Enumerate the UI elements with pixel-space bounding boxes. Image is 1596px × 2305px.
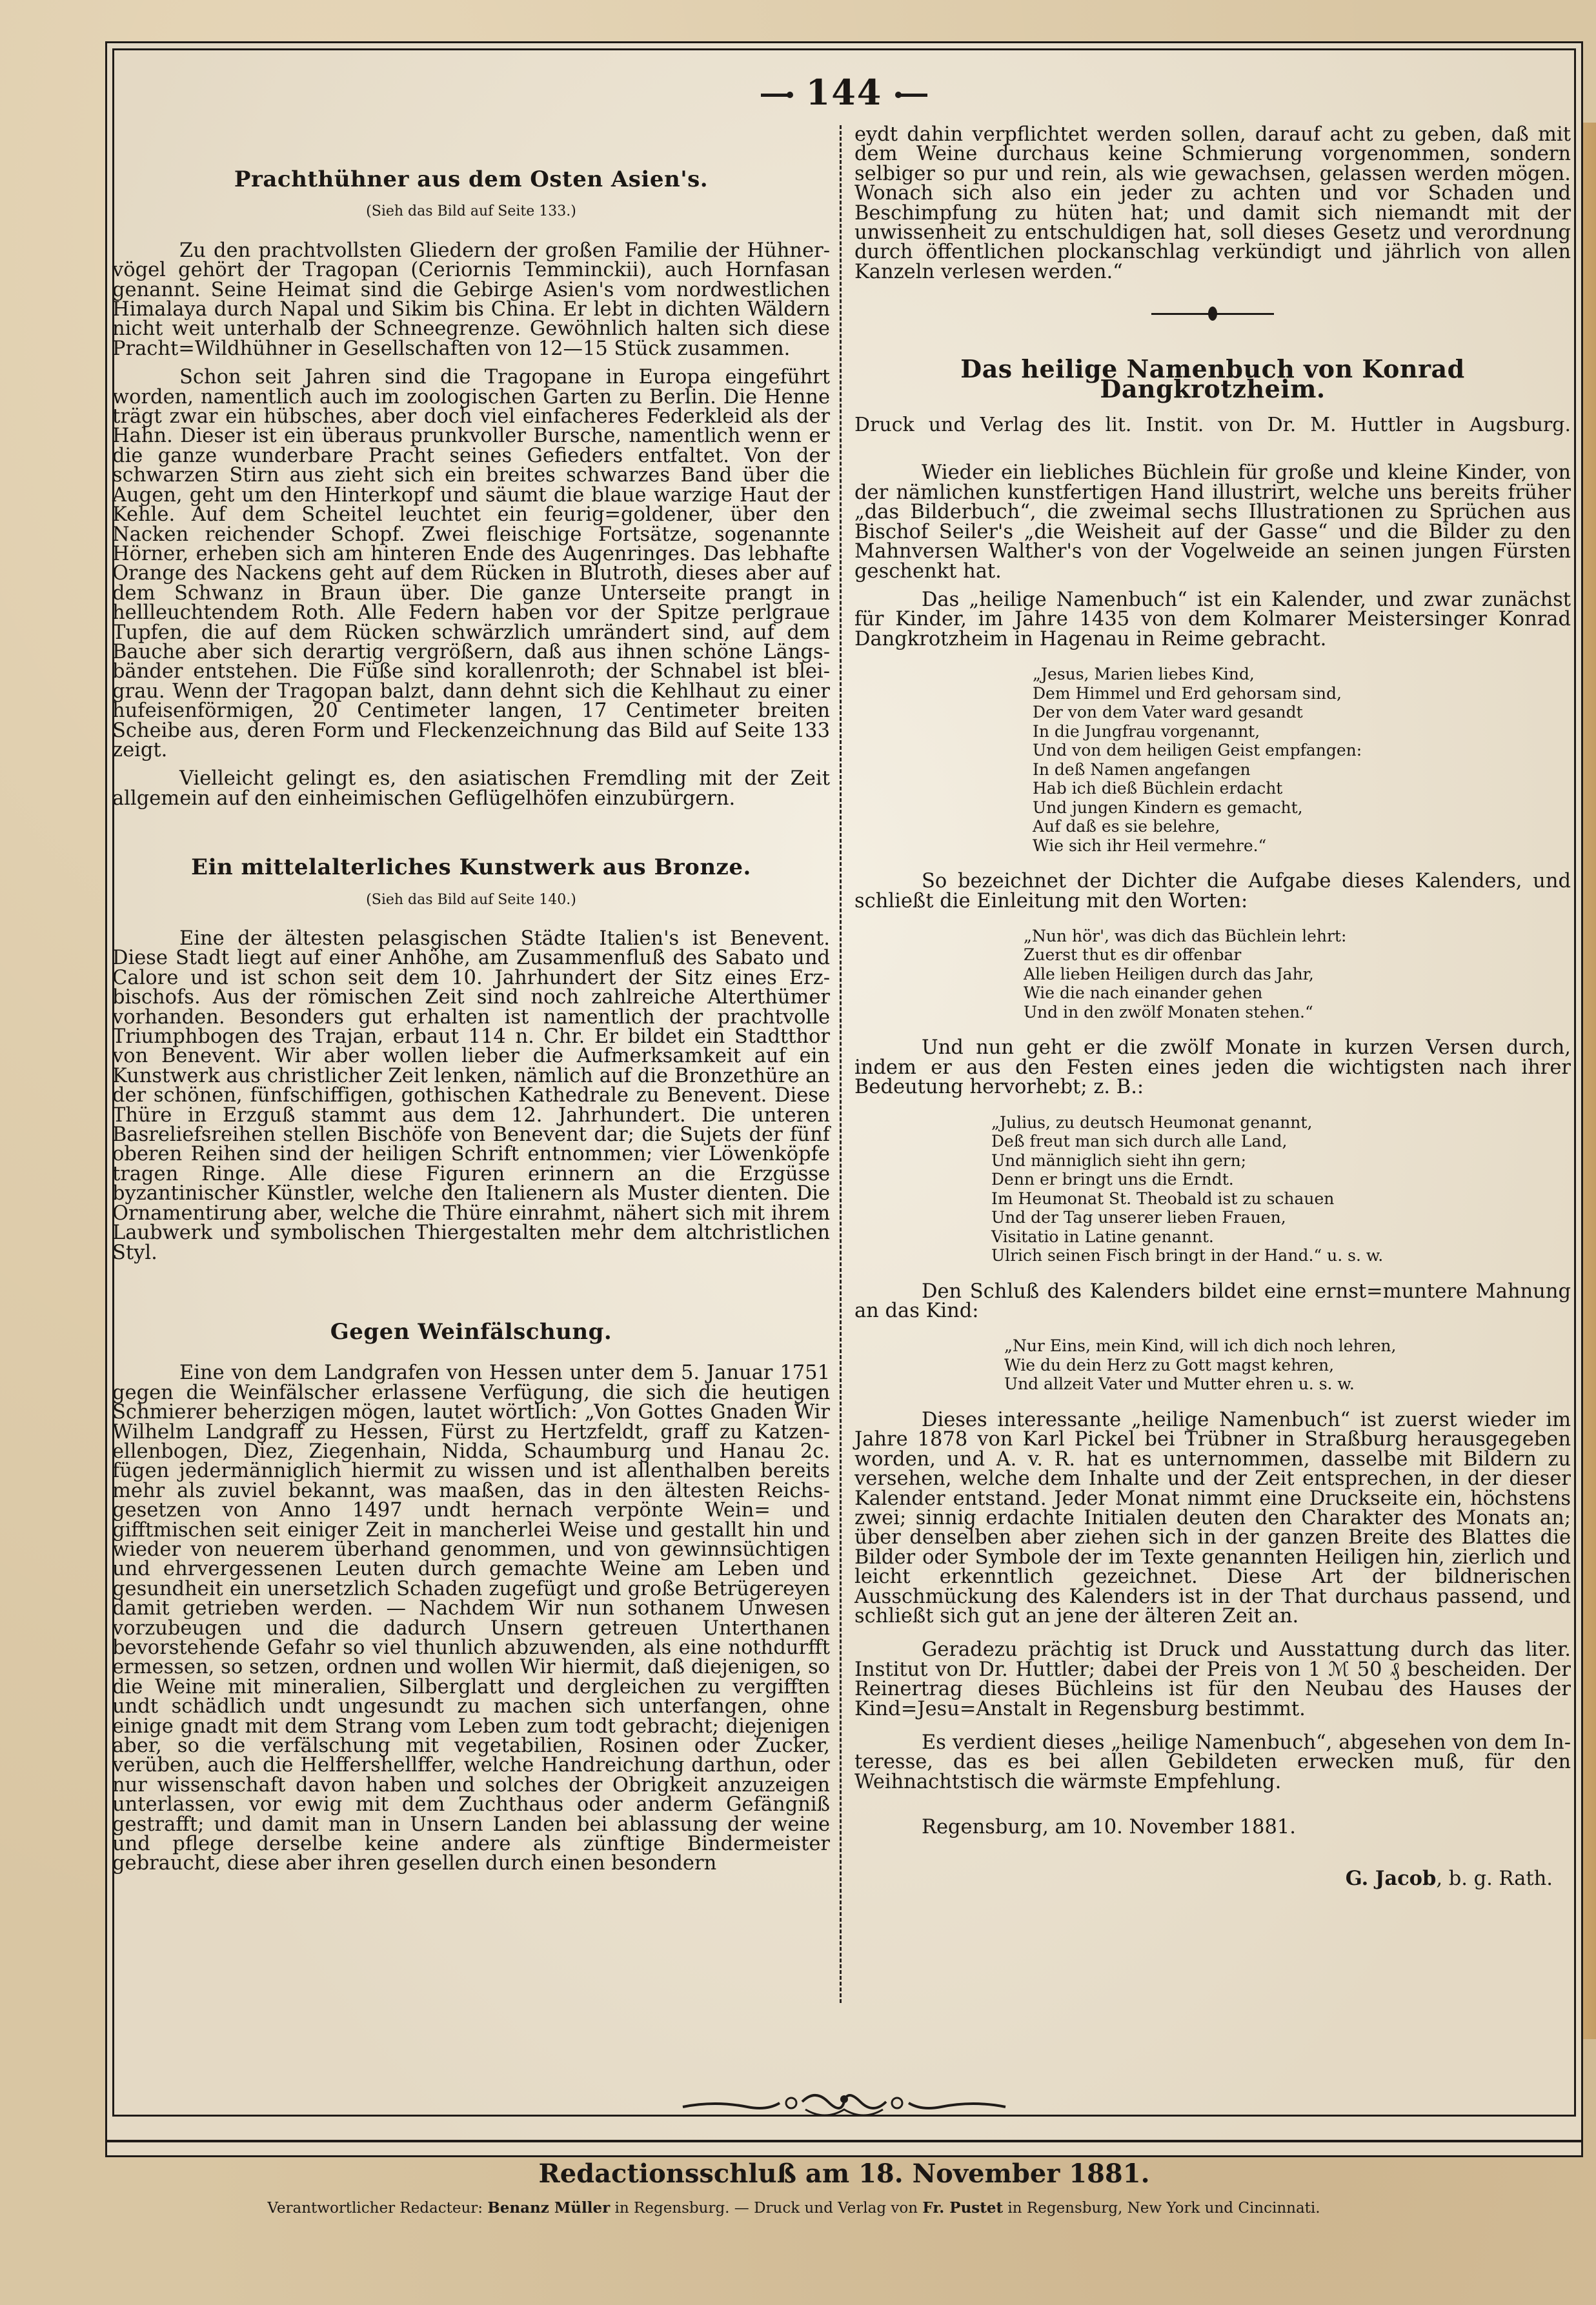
bottom-rule	[107, 2140, 1581, 2142]
paragraph: Eine von dem Landgrafen von Hessen unter…	[112, 1364, 830, 1874]
ornament-dash-icon	[898, 94, 927, 97]
right-column: eydt dahin verpflichtet werden sollen, d…	[854, 125, 1571, 1889]
signature-title: , b. g. Rath.	[1436, 1867, 1553, 1890]
paragraph: Das „heilige Namenbuch“ ist ein Kalender…	[854, 590, 1571, 649]
verse-block: „Nun hör', was dich das Büchlein lehrt: …	[1024, 927, 1571, 1022]
redaction-close-notice: Redactionsschluß am 18. November 1881.	[107, 2159, 1581, 2189]
page-number: 144	[107, 72, 1581, 113]
newspaper-page: 144 Prachthühner aus dem Osten Asien's. …	[105, 41, 1583, 2157]
article-subtitle: (Sieh das Bild auf Seite 140.)	[112, 891, 830, 910]
article-title-prachthuehner: Prachthühner aus dem Osten Asien's.	[112, 170, 830, 189]
left-column: Prachthühner aus dem Osten Asien's. (Sie…	[112, 112, 830, 1883]
verse-block: „Jesus, Marien liebes Kind, Dem Himmel u…	[1033, 665, 1571, 855]
paragraph: Es verdient dieses „heilige Namenbuch“, …	[854, 1733, 1571, 1792]
paragraph: Schon seit Jahren sind die Tragopane in …	[112, 368, 830, 760]
column-divider	[840, 125, 842, 2003]
editor-name: Benanz Müller	[487, 2199, 610, 2217]
verse-block: „Nur Eins, mein Kind, will ich dich noch…	[1004, 1336, 1571, 1394]
page-number-value: 144	[806, 72, 883, 113]
article-title-namenbuch: Das heilige Namenbuch von Konrad Dangkro…	[854, 359, 1571, 399]
paragraph: Dieses interessante „heilige Namenbuch“ …	[854, 1411, 1571, 1626]
paragraph: Zu den prachtvollsten Gliedern der große…	[112, 241, 830, 359]
paragraph: Und nun geht er die zwölf Monate in kurz…	[854, 1038, 1571, 1097]
signature-name: G. Jacob	[1346, 1867, 1437, 1890]
paragraph: Eine der ältesten pelasgischen Städte It…	[112, 929, 830, 1263]
ornament-dash-icon	[761, 94, 791, 97]
paragraph: Geradezu prächtig ist Druck und Ausstatt…	[854, 1640, 1571, 1719]
article-title-kunstwerk: Ein mittelalterliches Kunstwerk aus Bron…	[112, 858, 830, 877]
article-title-weinfaelschung: Gegen Weinfälschung.	[112, 1322, 830, 1342]
decorative-flourish-icon	[107, 2082, 1581, 2130]
signature: G. Jacob, b. g. Rath.	[854, 1869, 1553, 1889]
dateline: Regensburg, am 10. November 1881.	[922, 1818, 1571, 1837]
imprint-line: Verantwortlicher Redacteur: Benanz Mülle…	[181, 2199, 1407, 2217]
paragraph: Vielleicht gelingt es, den asiatischen F…	[112, 769, 830, 809]
section-separator	[854, 307, 1571, 321]
paragraph: Den Schluß des Kalenders bildet eine ern…	[854, 1282, 1571, 1322]
paragraph: Wieder ein liebliches Büchlein für große…	[854, 463, 1571, 581]
paragraph-continuation: eydt dahin verpflichtet werden sollen, d…	[854, 125, 1571, 282]
publisher-name: Fr. Pustet	[922, 2199, 1003, 2217]
paragraph: So bezeichnet der Dichter die Aufgabe di…	[854, 872, 1571, 911]
publisher-line: Druck und Verlag des lit. Instit. von Dr…	[854, 416, 1571, 435]
article-subtitle: (Sieh das Bild auf Seite 133.)	[112, 202, 830, 221]
verse-block: „Julius, zu deutsch Heumonat genannt, De…	[991, 1113, 1571, 1265]
